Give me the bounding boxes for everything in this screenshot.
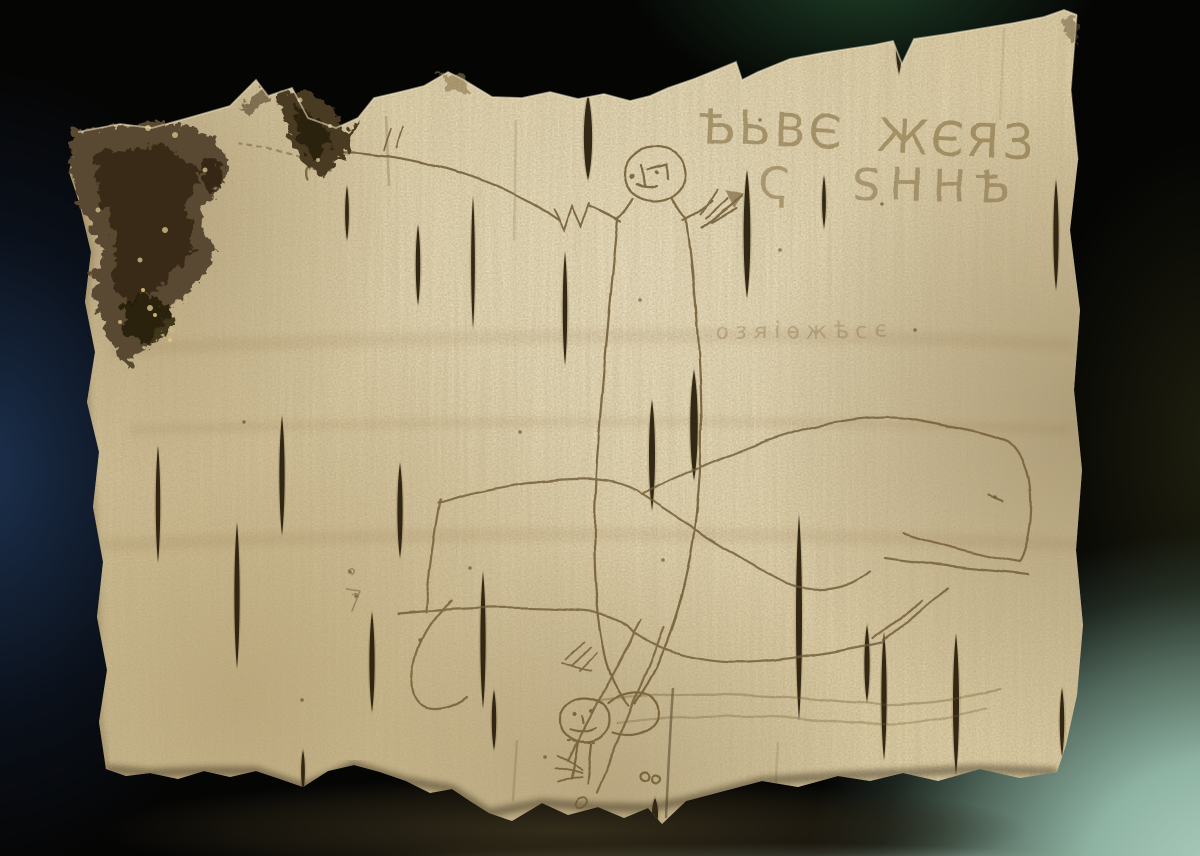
bark-speck [543,755,547,759]
figure-right-eye-dot [654,171,658,175]
bark-speck [638,298,642,302]
small-figure-nose [583,716,584,723]
bark-speck [328,168,332,172]
bark-speck [468,566,472,570]
bark-speck [913,328,917,332]
bark-speck [778,248,782,252]
bark-speck [300,698,304,702]
bark-speck [518,430,522,434]
inscription-line-3: озяіѳжѣсє [716,317,892,346]
photo-canvas: ѢЬВЄ ЖЄЯЗ Ҁ ЅННѢ озяіѳжѣсє [0,0,1200,856]
figure-left-eye [628,173,633,178]
artifact-illustration: ѢЬВЄ ЖЄЯЗ Ҁ ЅННѢ озяіѳжѣсє [0,0,1200,856]
small-figure-eye-right [590,709,594,713]
bark-speck [661,558,665,562]
small-figure-eye-left [573,712,577,716]
bark-speck [242,420,246,424]
bark-speck [348,570,352,574]
inscription-line-2: Ҁ ЅННѢ [758,156,1020,214]
